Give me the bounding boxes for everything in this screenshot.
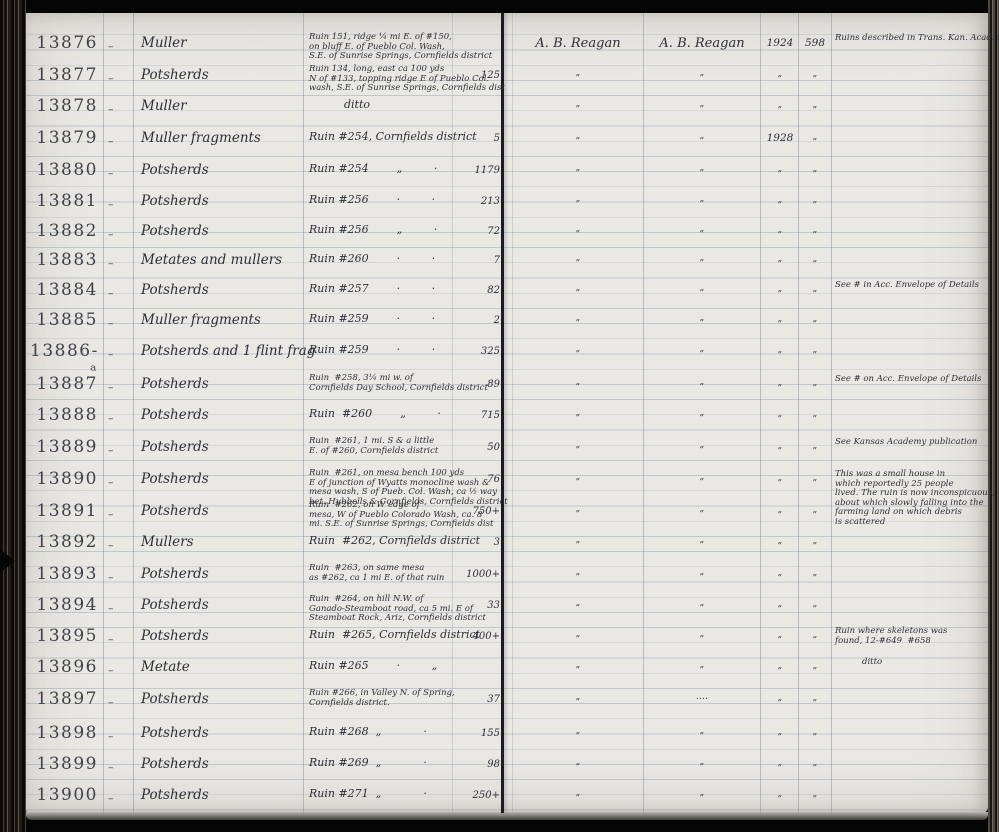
remarks: Ruin where skeletons was found, 12-#649 …	[835, 627, 987, 646]
locality-description: Ruin 151, ridge ¼ mi E. of #150, on bluf…	[309, 33, 469, 62]
locality-description: Ruin #256 „ ·	[309, 225, 469, 235]
year: „	[762, 568, 798, 578]
catalog-number: 13897	[30, 689, 98, 709]
collected-by: „	[516, 163, 640, 173]
table-row: 13888–PotsherdsRuin #260 „ ·715„„„„	[0, 404, 999, 434]
object-name: Potsherds	[141, 223, 305, 239]
row-mark: –	[108, 539, 130, 552]
catalog-number: 13885	[30, 310, 98, 330]
accession-no: „	[799, 789, 831, 799]
recorded-by: „	[646, 567, 758, 577]
row-mark: –	[108, 412, 130, 425]
specimen-count: 98	[448, 759, 500, 770]
row-mark: –	[108, 198, 130, 211]
table-row: 13892–MullersRuin #262, Cornfields distr…	[0, 531, 999, 561]
row-mark: –	[108, 633, 130, 646]
accession-no: „	[799, 69, 831, 79]
object-name: Muller	[141, 98, 305, 114]
specimen-count: 155	[448, 728, 500, 739]
recorded-by: „	[646, 131, 758, 141]
year: 1928	[762, 132, 798, 144]
accession-no: „	[799, 505, 831, 515]
locality-description: Ruin #254 „ ·	[309, 164, 469, 174]
locality-description: Ruin #265 · „	[309, 661, 469, 671]
row-mark: –	[108, 228, 130, 241]
year: „	[762, 164, 798, 174]
specimen-count: 72	[448, 226, 500, 237]
accession-no: 598	[799, 37, 831, 49]
collected-by: „	[516, 535, 640, 545]
year: „	[762, 225, 798, 235]
object-name: Potsherds and 1 flint frag	[141, 343, 305, 359]
remarks: See Kansas Academy publication	[835, 438, 987, 448]
year: 1924	[762, 37, 798, 49]
locality-description: Ruin #262, Cornfields district	[309, 536, 469, 546]
recorded-by: ‥‥	[646, 692, 758, 702]
collected-by: „	[516, 99, 640, 109]
collected-by: „	[516, 757, 640, 767]
accession-no: „	[799, 284, 831, 294]
catalog-number: 13900	[30, 785, 98, 805]
locality-description: Ruin #260 „ ·	[309, 409, 469, 419]
collected-by: „	[516, 224, 640, 234]
remarks: See # in Acc. Envelope of Details	[835, 281, 987, 291]
row-mark: –	[108, 72, 130, 85]
year: „	[762, 100, 798, 110]
object-name: Muller fragments	[141, 130, 305, 146]
table-row: 13895–PotsherdsRuin #265, Cornfields dis…	[0, 625, 999, 655]
locality-description: Ruin #256 · ·	[309, 195, 469, 205]
row-mark: –	[108, 664, 130, 677]
accession-no: „	[799, 378, 831, 388]
recorded-by: „	[646, 472, 758, 482]
locality-description: Ruin #260 · ·	[309, 254, 469, 264]
collected-by: „	[516, 472, 640, 482]
row-mark: –	[108, 730, 130, 743]
specimen-count: 33	[448, 600, 500, 611]
collected-by: „	[516, 504, 640, 514]
year: „	[762, 441, 798, 451]
accession-no: „	[799, 536, 831, 546]
accession-no: „	[799, 409, 831, 419]
object-name: Metates and mullers	[141, 252, 305, 268]
locality-description: Ruin #265, Cornfields district	[309, 630, 469, 640]
table-row: 13884–PotsherdsRuin #257 · ·82„„„„See # …	[0, 279, 999, 309]
year: „	[762, 254, 798, 264]
recorded-by: „	[646, 788, 758, 798]
year: „	[762, 473, 798, 483]
accession-no: „	[799, 599, 831, 609]
year: „	[762, 693, 798, 703]
table-row: 13891–PotsherdsRuin #262, on W edge of m…	[0, 500, 999, 530]
collected-by: „	[516, 567, 640, 577]
recorded-by: „	[646, 313, 758, 323]
year: „	[762, 505, 798, 515]
catalog-number: 13881	[30, 191, 98, 211]
collected-by: „	[516, 313, 640, 323]
table-row: 13883–Metates and mullersRuin #260 · ·7„…	[0, 249, 999, 279]
row-mark: –	[108, 381, 130, 394]
table-row: 13880–PotsherdsRuin #254 „ ·1179„„„„	[0, 159, 999, 189]
row-mark: –	[108, 792, 130, 805]
year: „	[762, 345, 798, 355]
ledger-scan: 13876–MullerRuin 151, ridge ¼ mi E. of #…	[0, 0, 999, 832]
specimen-count: 50	[448, 442, 500, 453]
table-row: 13887–PotsherdsRuin #258, 3¼ mi w. of Co…	[0, 373, 999, 403]
row-mark: –	[108, 103, 130, 116]
catalog-number: 13893	[30, 564, 98, 584]
specimen-count: 5	[448, 133, 500, 144]
accession-no: „	[799, 693, 831, 703]
table-row: 13893–PotsherdsRuin #263, on same mesa a…	[0, 563, 999, 593]
row-mark: –	[108, 602, 130, 615]
catalog-number: 13890	[30, 469, 98, 489]
locality-description: Ruin #271 „ ·	[309, 789, 469, 799]
recorded-by: „	[646, 99, 758, 109]
catalog-number: 13888	[30, 405, 98, 425]
collected-by: „	[516, 408, 640, 418]
object-name: Potsherds	[141, 67, 305, 83]
accession-no: „	[799, 195, 831, 205]
catalog-number: 13883	[30, 250, 98, 270]
row-mark: –	[108, 257, 130, 270]
year: „	[762, 536, 798, 546]
year: „	[762, 409, 798, 419]
recorded-by: „	[646, 504, 758, 514]
specimen-count: 325	[448, 346, 500, 357]
catalog-number: 13878	[30, 96, 98, 116]
collected-by: „	[516, 629, 640, 639]
collected-by: „	[516, 131, 640, 141]
accession-no: „	[799, 225, 831, 235]
collected-by: „	[516, 253, 640, 263]
collected-by: „	[516, 440, 640, 450]
catalog-number: 13876	[30, 33, 98, 53]
catalog-number: 13882	[30, 221, 98, 241]
row-mark: –	[108, 348, 130, 361]
specimen-count: 76	[448, 474, 500, 485]
collected-by: „	[516, 283, 640, 293]
table-row: 13896–MetateRuin #265 · „„„„„ ditto	[0, 656, 999, 686]
year: „	[762, 195, 798, 205]
remarks: See # on Acc. Envelope of Details	[835, 375, 987, 385]
row-mark: –	[108, 508, 130, 521]
catalog-number: 13894	[30, 595, 98, 615]
locality-description: Ruin 134, long, east ca 100 yds N of #13…	[309, 65, 469, 94]
object-name: Potsherds	[141, 376, 305, 392]
object-name: Potsherds	[141, 725, 305, 741]
collected-by: „	[516, 692, 640, 702]
specimen-count: 750+	[448, 506, 500, 517]
accession-no: „	[799, 132, 831, 142]
row-mark: –	[108, 476, 130, 489]
table-row: 13885–Muller fragmentsRuin #259 · ·2„„„„	[0, 309, 999, 339]
table-row: 13898–PotsherdsRuin #268 „ ·155„„„„	[0, 722, 999, 752]
table-row: 13877–PotsherdsRuin 134, long, east ca 1…	[0, 64, 999, 94]
catalog-number: 13879	[30, 128, 98, 148]
object-name: Potsherds	[141, 628, 305, 644]
catalog-number: 13877	[30, 65, 98, 85]
collected-by: „	[516, 344, 640, 354]
locality-description: Ruin #263, on same mesa as #262, ca 1 mi…	[309, 564, 469, 583]
object-name: Potsherds	[141, 597, 305, 613]
locality-description: Ruin #268 „ ·	[309, 727, 469, 737]
object-name: Potsherds	[141, 756, 305, 772]
specimen-count: 82	[448, 285, 500, 296]
recorded-by: „	[646, 283, 758, 293]
specimen-count: 1179	[448, 165, 500, 176]
collected-by: „	[516, 598, 640, 608]
specimen-count: 250+	[448, 790, 500, 801]
table-row: 13879–Muller fragmentsRuin #254, Cornfie…	[0, 127, 999, 157]
recorded-by: A. B. Reagan	[646, 36, 758, 51]
specimen-count: 37	[448, 694, 500, 705]
row-mark: –	[108, 317, 130, 330]
year: „	[762, 630, 798, 640]
specimen-count: 213	[448, 196, 500, 207]
recorded-by: „	[646, 726, 758, 736]
table-row: 13894–PotsherdsRuin #264, on hill N.W. o…	[0, 594, 999, 624]
recorded-by: „	[646, 344, 758, 354]
object-name: Muller	[141, 35, 305, 51]
locality-description: Ruin #259 · ·	[309, 345, 469, 355]
locality-description: Ruin #259 · ·	[309, 314, 469, 324]
recorded-by: „	[646, 598, 758, 608]
specimen-count: 2	[448, 315, 500, 326]
locality-description: Ruin #266, in Valley N. of Spring, Cornf…	[309, 689, 469, 708]
collected-by: „	[516, 726, 640, 736]
remarks: ditto	[835, 658, 987, 668]
row-mark: –	[108, 287, 130, 300]
accession-no: „	[799, 100, 831, 110]
locality-description: Ruin #257 · ·	[309, 284, 469, 294]
specimen-count: 7	[448, 255, 500, 266]
accession-no: „	[799, 758, 831, 768]
accession-no: „	[799, 630, 831, 640]
table-row: 13881–PotsherdsRuin #256 · ·213„„„„	[0, 190, 999, 220]
catalog-number: 13889	[30, 437, 98, 457]
collected-by: „	[516, 377, 640, 387]
catalog-number: 13899	[30, 754, 98, 774]
catalog-number: 13898	[30, 723, 98, 743]
table-row: 13889–PotsherdsRuin #261, 1 mi. S & a li…	[0, 436, 999, 466]
recorded-by: „	[646, 660, 758, 670]
row-mark: –	[108, 571, 130, 584]
collected-by: „	[516, 194, 640, 204]
locality-description: ditto	[309, 100, 469, 110]
collected-by: „	[516, 788, 640, 798]
recorded-by: „	[646, 757, 758, 767]
object-name: Potsherds	[141, 282, 305, 298]
object-name: Potsherds	[141, 566, 305, 582]
recorded-by: „	[646, 163, 758, 173]
accession-no: „	[799, 314, 831, 324]
locality-description: Ruin #262, on W edge of mesa, W of Puebl…	[309, 501, 469, 530]
recorded-by: „	[646, 440, 758, 450]
recorded-by: „	[646, 194, 758, 204]
accession-no: „	[799, 568, 831, 578]
table-row: 13876–MullerRuin 151, ridge ¼ mi E. of #…	[0, 32, 999, 62]
recorded-by: „	[646, 535, 758, 545]
year: „	[762, 284, 798, 294]
object-name: Potsherds	[141, 471, 305, 487]
object-name: Muller fragments	[141, 312, 305, 328]
year: „	[762, 789, 798, 799]
object-name: Potsherds	[141, 439, 305, 455]
collected-by: „	[516, 68, 640, 78]
catalog-number: 13892	[30, 532, 98, 552]
recorded-by: „	[646, 377, 758, 387]
object-name: Potsherds	[141, 691, 305, 707]
catalog-number: 13884	[30, 280, 98, 300]
accession-no: „	[799, 661, 831, 671]
table-row: 13882–PotsherdsRuin #256 „ ·72„„„„	[0, 220, 999, 250]
accession-no: „	[799, 254, 831, 264]
locality-description: Ruin #269 „ ·	[309, 758, 469, 768]
remarks: Ruins described in Trans. Kan. Acad. Sci…	[835, 34, 987, 44]
recorded-by: „	[646, 253, 758, 263]
year: „	[762, 661, 798, 671]
specimen-count: 125	[448, 70, 500, 81]
accession-no: „	[799, 727, 831, 737]
table-row: 13878–Muller ditto„„„„	[0, 95, 999, 125]
catalog-number: 13887	[30, 374, 98, 394]
object-name: Potsherds	[141, 787, 305, 803]
object-name: Potsherds	[141, 503, 305, 519]
accession-no: „	[799, 164, 831, 174]
table-row: 13900–PotsherdsRuin #271 „ ·250+„„„„	[0, 784, 999, 814]
year: „	[762, 314, 798, 324]
accession-no: „	[799, 441, 831, 451]
table-row: 13899–PotsherdsRuin #269 „ ·98„„„„	[0, 753, 999, 783]
object-name: Potsherds	[141, 162, 305, 178]
collected-by: A. B. Reagan	[516, 36, 640, 51]
recorded-by: „	[646, 68, 758, 78]
collected-by: „	[516, 660, 640, 670]
locality-description: Ruin #254, Cornfields district	[309, 132, 469, 142]
row-mark: –	[108, 761, 130, 774]
recorded-by: „	[646, 629, 758, 639]
row-mark: –	[108, 696, 130, 709]
specimen-count: 715	[448, 410, 500, 421]
recorded-by: „	[646, 224, 758, 234]
specimen-count: 400+	[448, 631, 500, 642]
year: „	[762, 599, 798, 609]
year: „	[762, 69, 798, 79]
specimen-count: 89	[448, 379, 500, 390]
recorded-by: „	[646, 408, 758, 418]
specimen-count: 1000+	[448, 569, 500, 580]
catalog-number: 13891	[30, 501, 98, 521]
row-mark: –	[108, 135, 130, 148]
catalog-number: 13895	[30, 626, 98, 646]
year: „	[762, 727, 798, 737]
specimen-count: 3	[448, 537, 500, 548]
row-mark: –	[108, 167, 130, 180]
locality-description: Ruin #258, 3¼ mi w. of Cornfields Day Sc…	[309, 374, 469, 393]
accession-no: „	[799, 473, 831, 483]
year: „	[762, 758, 798, 768]
row-mark: –	[108, 444, 130, 457]
object-name: Potsherds	[141, 407, 305, 423]
table-row: 13886-ᵃ–Potsherds and 1 flint fragRuin #…	[0, 340, 999, 370]
table-row: 13890–PotsherdsRuin #261, on mesa bench …	[0, 468, 999, 498]
object-name: Potsherds	[141, 193, 305, 209]
table-row: 13897–PotsherdsRuin #266, in Valley N. o…	[0, 688, 999, 718]
row-mark: –	[108, 40, 130, 53]
object-name: Mullers	[141, 534, 305, 550]
year: „	[762, 378, 798, 388]
catalog-number: 13880	[30, 160, 98, 180]
accession-no: „	[799, 345, 831, 355]
locality-description: Ruin #261, 1 mi. S & a little E. of #260…	[309, 437, 469, 456]
locality-description: Ruin #264, on hill N.W. of Ganado-Steamb…	[309, 595, 469, 624]
object-name: Metate	[141, 659, 305, 675]
catalog-number: 13896	[30, 657, 98, 677]
